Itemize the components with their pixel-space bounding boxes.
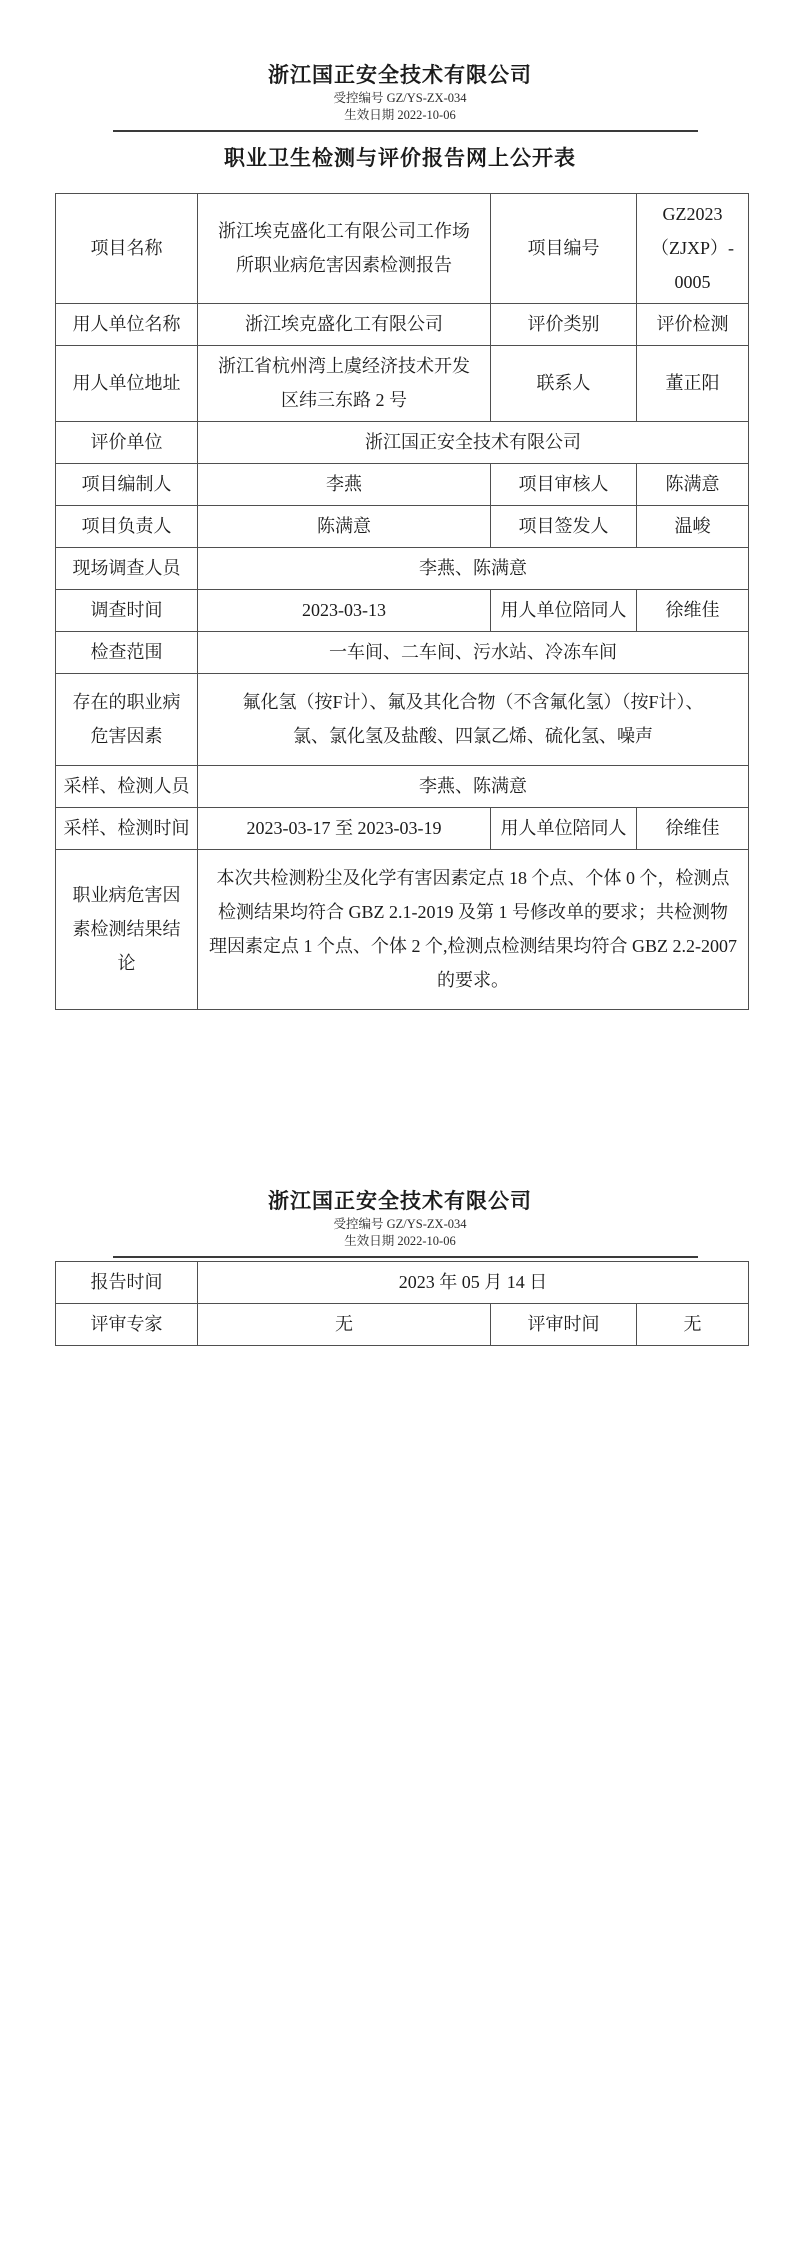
main-table: 项目名称 浙江埃克盛化工有限公司工作场 所职业病危害因素检测报告 项目编号 GZ…	[55, 193, 749, 1010]
effective-date: 生效日期 2022-10-06	[0, 107, 800, 124]
cell-value: 陈满意	[198, 505, 491, 547]
doc-section-2: 浙江国正安全技术有限公司 受控编号 GZ/YS-ZX-034 生效日期 2022…	[0, 1186, 800, 1346]
cell-value: 本次共检测粉尘及化学有害因素定点 18 个点、个体 0 个，检测点 检测结果均符…	[198, 849, 749, 1009]
cell-label: 存在的职业病 危害因素	[56, 673, 198, 765]
cell-value: 徐维佳	[637, 807, 749, 849]
table-row-compiler: 项目编制人 李燕 项目审核人 陈满意	[56, 463, 749, 505]
cell-label: 用人单位地址	[56, 345, 198, 421]
company-name: 浙江国正安全技术有限公司	[0, 60, 800, 90]
table-row-review-experts: 评审专家 无 评审时间 无	[56, 1304, 749, 1346]
cell-value: 陈满意	[637, 463, 749, 505]
header-rule	[113, 130, 698, 132]
effective-date: 生效日期 2022-10-06	[0, 1233, 800, 1250]
cell-value: 无	[198, 1304, 491, 1346]
document-page: 浙江国正安全技术有限公司 受控编号 GZ/YS-ZX-034 生效日期 2022…	[0, 0, 800, 2263]
cell-label: 检查范围	[56, 631, 198, 673]
cell-label: 评审专家	[56, 1304, 198, 1346]
table-row-employer-name: 用人单位名称 浙江埃克盛化工有限公司 评价类别 评价检测	[56, 303, 749, 345]
cell-label: 职业病危害因 素检测结果结 论	[56, 849, 198, 1009]
table-row-employer-address: 用人单位地址 浙江省杭州湾上虞经济技术开发 区纬三东路 2 号 联系人 董正阳	[56, 345, 749, 421]
header-rule	[113, 1256, 698, 1258]
table-row-survey-date: 调查时间 2023-03-13 用人单位陪同人 徐维佳	[56, 589, 749, 631]
cell-label: 项目审核人	[491, 463, 637, 505]
cell-value: 李燕、陈满意	[198, 547, 749, 589]
cell-value: 李燕	[198, 463, 491, 505]
cell-label: 用人单位陪同人	[491, 589, 637, 631]
cell-label: 采样、检测时间	[56, 807, 198, 849]
table-row-hazard-factors: 存在的职业病 危害因素 氟化氢（按F计）、氟及其化合物（不含氟化氢）（按F计）、…	[56, 673, 749, 765]
doc-header-2: 浙江国正安全技术有限公司 受控编号 GZ/YS-ZX-034 生效日期 2022…	[0, 1186, 800, 1258]
cell-label: 项目编制人	[56, 463, 198, 505]
cell-label: 调查时间	[56, 589, 198, 631]
cell-value: 李燕、陈满意	[198, 765, 749, 807]
table-row-sampling-date: 采样、检测时间 2023-03-17 至 2023-03-19 用人单位陪同人 …	[56, 807, 749, 849]
cell-value: 浙江省杭州湾上虞经济技术开发 区纬三东路 2 号	[198, 345, 491, 421]
table-row-report-date: 报告时间 2023 年 05 月 14 日	[56, 1262, 749, 1304]
cell-label: 现场调查人员	[56, 547, 198, 589]
cell-value: 浙江埃克盛化工有限公司	[198, 303, 491, 345]
table-row-inspection-scope: 检查范围 一车间、二车间、污水站、冷冻车间	[56, 631, 749, 673]
cell-label: 项目负责人	[56, 505, 198, 547]
control-number: 受控编号 GZ/YS-ZX-034	[0, 1216, 800, 1233]
cell-value: 一车间、二车间、污水站、冷冻车间	[198, 631, 749, 673]
cell-value: 温峻	[637, 505, 749, 547]
table-row-evaluation-org: 评价单位 浙江国正安全技术有限公司	[56, 421, 749, 463]
cell-label: 报告时间	[56, 1262, 198, 1304]
cell-value: GZ2023 （ZJXP）- 0005	[637, 194, 749, 304]
cell-value: 浙江国正安全技术有限公司	[198, 421, 749, 463]
cell-value: 董正阳	[637, 345, 749, 421]
cell-value: 评价检测	[637, 303, 749, 345]
page-title: 职业卫生检测与评价报告网上公开表	[0, 143, 800, 173]
cell-value: 2023-03-17 至 2023-03-19	[198, 807, 491, 849]
cell-label: 项目编号	[491, 194, 637, 304]
cell-value: 无	[637, 1304, 749, 1346]
cell-label: 项目名称	[56, 194, 198, 304]
cell-label: 项目签发人	[491, 505, 637, 547]
cell-label: 用人单位名称	[56, 303, 198, 345]
cell-value: 氟化氢（按F计）、氟及其化合物（不含氟化氢）（按F计）、 氯、氯化氢及盐酸、四氯…	[198, 673, 749, 765]
cell-value: 2023-03-13	[198, 589, 491, 631]
cell-label: 采样、检测人员	[56, 765, 198, 807]
cell-value: 浙江埃克盛化工有限公司工作场 所职业病危害因素检测报告	[198, 194, 491, 304]
cell-label: 联系人	[491, 345, 637, 421]
cell-label: 用人单位陪同人	[491, 807, 637, 849]
table-row-conclusion: 职业病危害因 素检测结果结 论 本次共检测粉尘及化学有害因素定点 18 个点、个…	[56, 849, 749, 1009]
table-row-project-name: 项目名称 浙江埃克盛化工有限公司工作场 所职业病危害因素检测报告 项目编号 GZ…	[56, 194, 749, 304]
table-row-site-investigators: 现场调查人员 李燕、陈满意	[56, 547, 749, 589]
report-table: 报告时间 2023 年 05 月 14 日 评审专家 无 评审时间 无	[55, 1261, 749, 1346]
company-name: 浙江国正安全技术有限公司	[0, 1186, 800, 1216]
cell-label: 评价单位	[56, 421, 198, 463]
doc-header-1: 浙江国正安全技术有限公司 受控编号 GZ/YS-ZX-034 生效日期 2022…	[0, 0, 800, 132]
table-row-sampling-staff: 采样、检测人员 李燕、陈满意	[56, 765, 749, 807]
cell-label: 评价类别	[491, 303, 637, 345]
cell-value: 2023 年 05 月 14 日	[198, 1262, 749, 1304]
cell-value: 徐维佳	[637, 589, 749, 631]
cell-label: 评审时间	[491, 1304, 637, 1346]
control-number: 受控编号 GZ/YS-ZX-034	[0, 90, 800, 107]
table-row-project-lead: 项目负责人 陈满意 项目签发人 温峻	[56, 505, 749, 547]
